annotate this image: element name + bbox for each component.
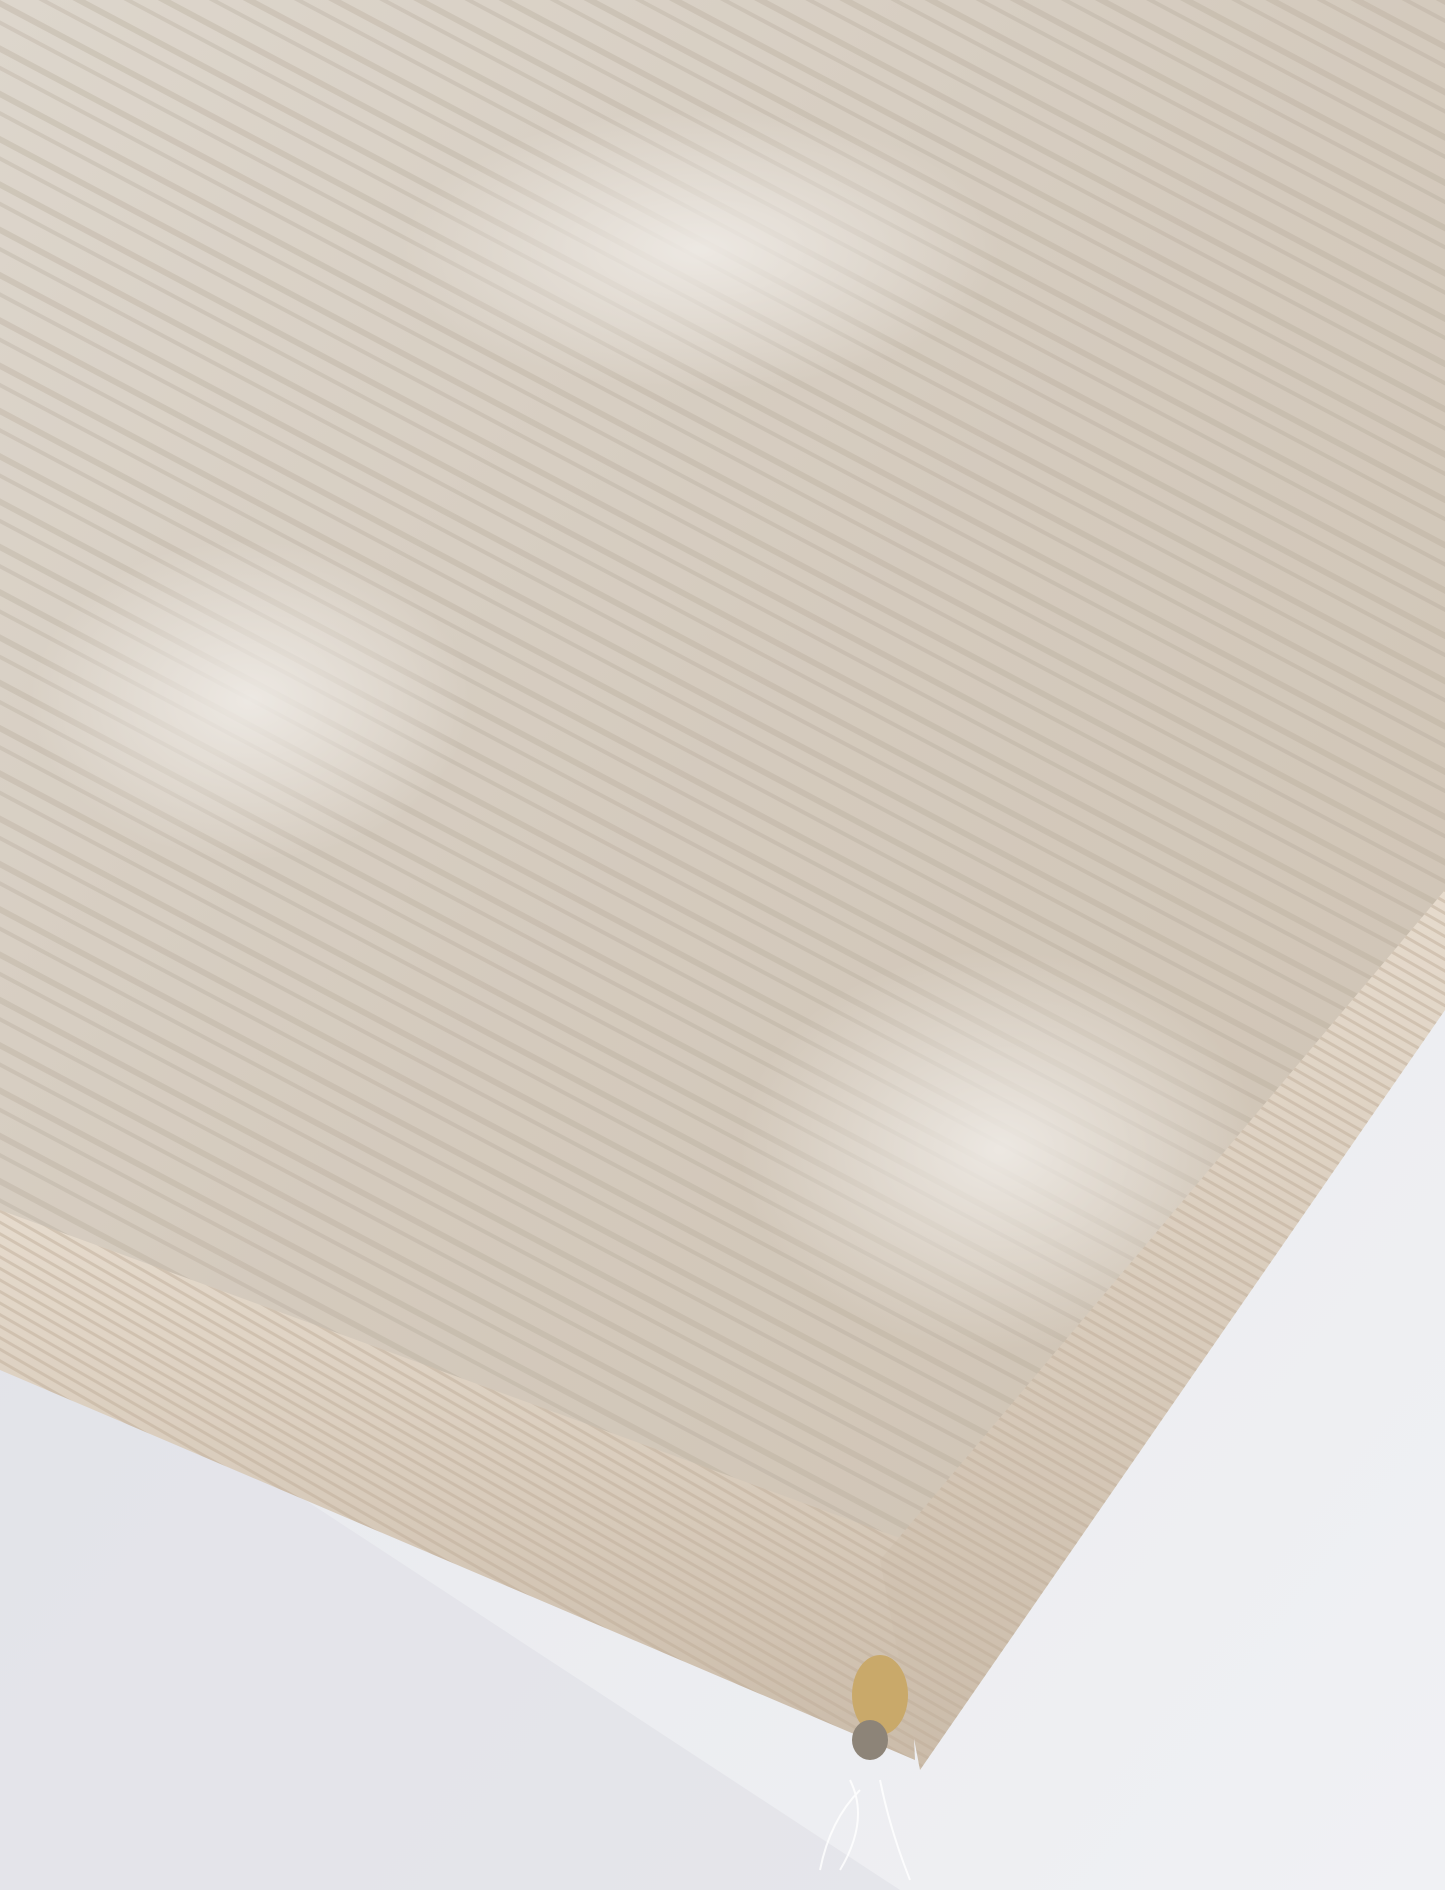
- rug-photo: [0, 0, 1445, 1890]
- photo-scene: [0, 0, 1445, 1890]
- frayed-corner: [852, 1655, 908, 1735]
